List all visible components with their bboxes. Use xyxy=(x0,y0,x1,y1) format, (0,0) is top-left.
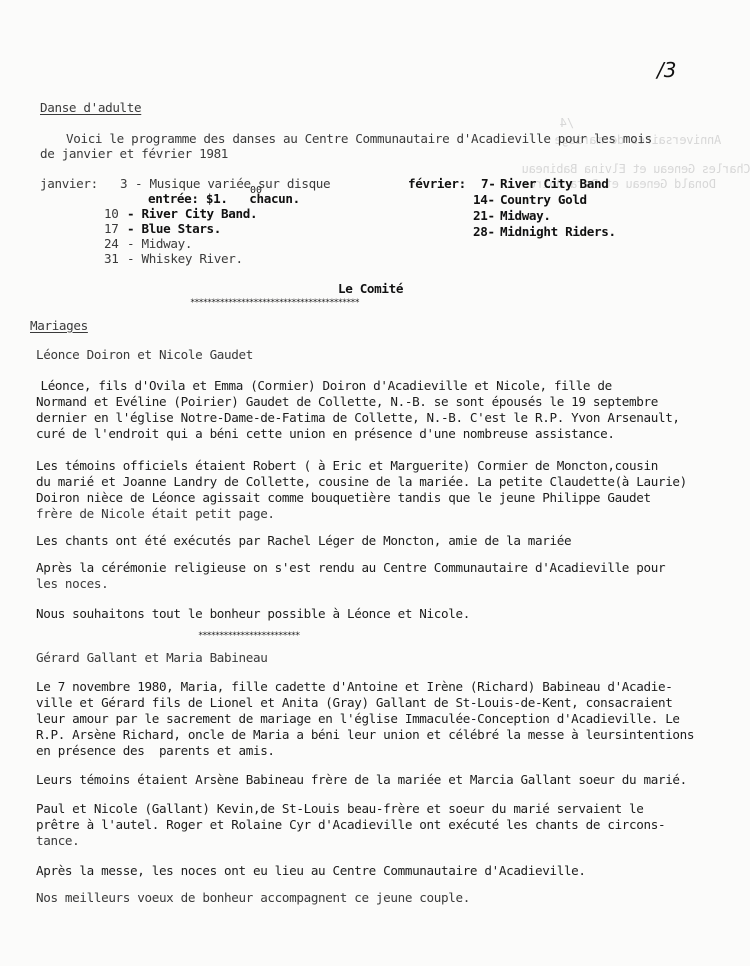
wedding-paragraph: ville et Gérard fils de Lionel et Anita … xyxy=(36,695,672,710)
wedding-paragraph: Le 7 novembre 1980, Maria, fille cadette… xyxy=(36,679,672,694)
wedding-paragraph: Nous souhaitons tout le bonheur possible… xyxy=(36,606,470,621)
wedding-paragraph: Après la cérémonie religieuse on s'est r… xyxy=(36,560,665,575)
dance-heading: Danse d'adulte xyxy=(40,100,141,115)
wedding-paragraph: frère de Nicole était petit page. xyxy=(36,506,275,521)
wedding-paragraph: Doiron nièce de Léonce agissait comme bo… xyxy=(36,490,651,505)
february-event: Country Gold xyxy=(500,192,587,207)
wedding-paragraph: Les chants ont été exécutés par Rachel L… xyxy=(36,533,571,548)
wedding-paragraph: Après la messe, les noces ont eu lieu au… xyxy=(36,863,586,878)
january-event-price: entrée: $1. chacun. xyxy=(148,191,300,206)
wedding-paragraph: dernier en l'église Notre-Dame-de-Fatima… xyxy=(36,410,680,425)
february-event: River City Band xyxy=(500,176,608,191)
separator-line: ************************ xyxy=(198,631,299,641)
wedding-paragraph: du marié et Joanne Landry de Collette, c… xyxy=(36,474,687,489)
wedding-paragraph: curé de l'endroit qui a béni cette union… xyxy=(36,426,615,441)
wedding-paragraph: Paul et Nicole (Gallant) Kevin,de St-Lou… xyxy=(36,801,644,816)
wedding-paragraph: en présence des parents et amis. xyxy=(36,743,275,758)
wedding-title: Gérard Gallant et Maria Babineau xyxy=(36,650,267,665)
mariages-heading: Mariages xyxy=(30,318,88,333)
wedding-paragraph: Léonce, fils d'Ovila et Emma (Cormier) D… xyxy=(26,378,612,393)
february-date: 7- xyxy=(481,176,495,191)
january-label: janvier: xyxy=(40,176,98,191)
january-event: - Musique variée sur disque xyxy=(135,176,330,191)
wedding-title: Léonce Doiron et Nicole Gaudet xyxy=(36,347,253,362)
february-date: 14- xyxy=(473,192,495,207)
january-event: - River City Band. xyxy=(127,206,257,221)
january-event: - Blue Stars. xyxy=(127,221,221,236)
wedding-paragraph: tance. xyxy=(36,833,79,848)
january-event: - Midway. xyxy=(127,236,192,251)
bleed-through-text: /4 xyxy=(560,116,574,130)
january-event: - Whiskey River. xyxy=(127,251,243,266)
february-event: Midnight Riders. xyxy=(500,224,616,239)
price-superscript: 00 xyxy=(250,185,262,196)
wedding-paragraph: les noces. xyxy=(36,576,108,591)
separator-line: **************************************** xyxy=(190,298,359,308)
january-date: 31 xyxy=(104,251,118,266)
wedding-paragraph: prêtre à l'autel. Roger et Rolaine Cyr d… xyxy=(36,817,665,832)
january-date: 17 xyxy=(104,221,118,236)
wedding-paragraph: R.P. Arsène Richard, oncle de Maria a bé… xyxy=(36,727,694,742)
february-date: 21- xyxy=(473,208,495,223)
scanned-page: /4 Anniversaires de mariage Charles Gene… xyxy=(0,0,750,966)
february-label: février: xyxy=(408,176,466,191)
january-date: 10 xyxy=(104,206,118,221)
february-event: Midway. xyxy=(500,208,551,223)
january-date: 24 xyxy=(104,236,118,251)
page-number: /3 xyxy=(657,58,676,82)
wedding-paragraph: Nos meilleurs voeux de bonheur accompagn… xyxy=(36,890,470,905)
january-date: 3 xyxy=(120,176,127,191)
wedding-paragraph: Normand et Evéline (Poirier) Gaudet de C… xyxy=(36,394,658,409)
committee-signature: Le Comité xyxy=(338,281,403,296)
february-date: 28- xyxy=(473,224,495,239)
wedding-paragraph: leur amour par le sacrement de mariage e… xyxy=(36,711,680,726)
wedding-paragraph: Leurs témoins étaient Arsène Babineau fr… xyxy=(36,772,687,787)
wedding-paragraph: Les témoins officiels étaient Robert ( à… xyxy=(36,458,658,473)
dance-intro-line: Voici le programme des danses au Centre … xyxy=(66,131,652,146)
bleed-through-text: Charles Geneau et Elvina Babineau xyxy=(522,162,750,176)
dance-intro-line: de janvier et février 1981 xyxy=(40,146,228,161)
